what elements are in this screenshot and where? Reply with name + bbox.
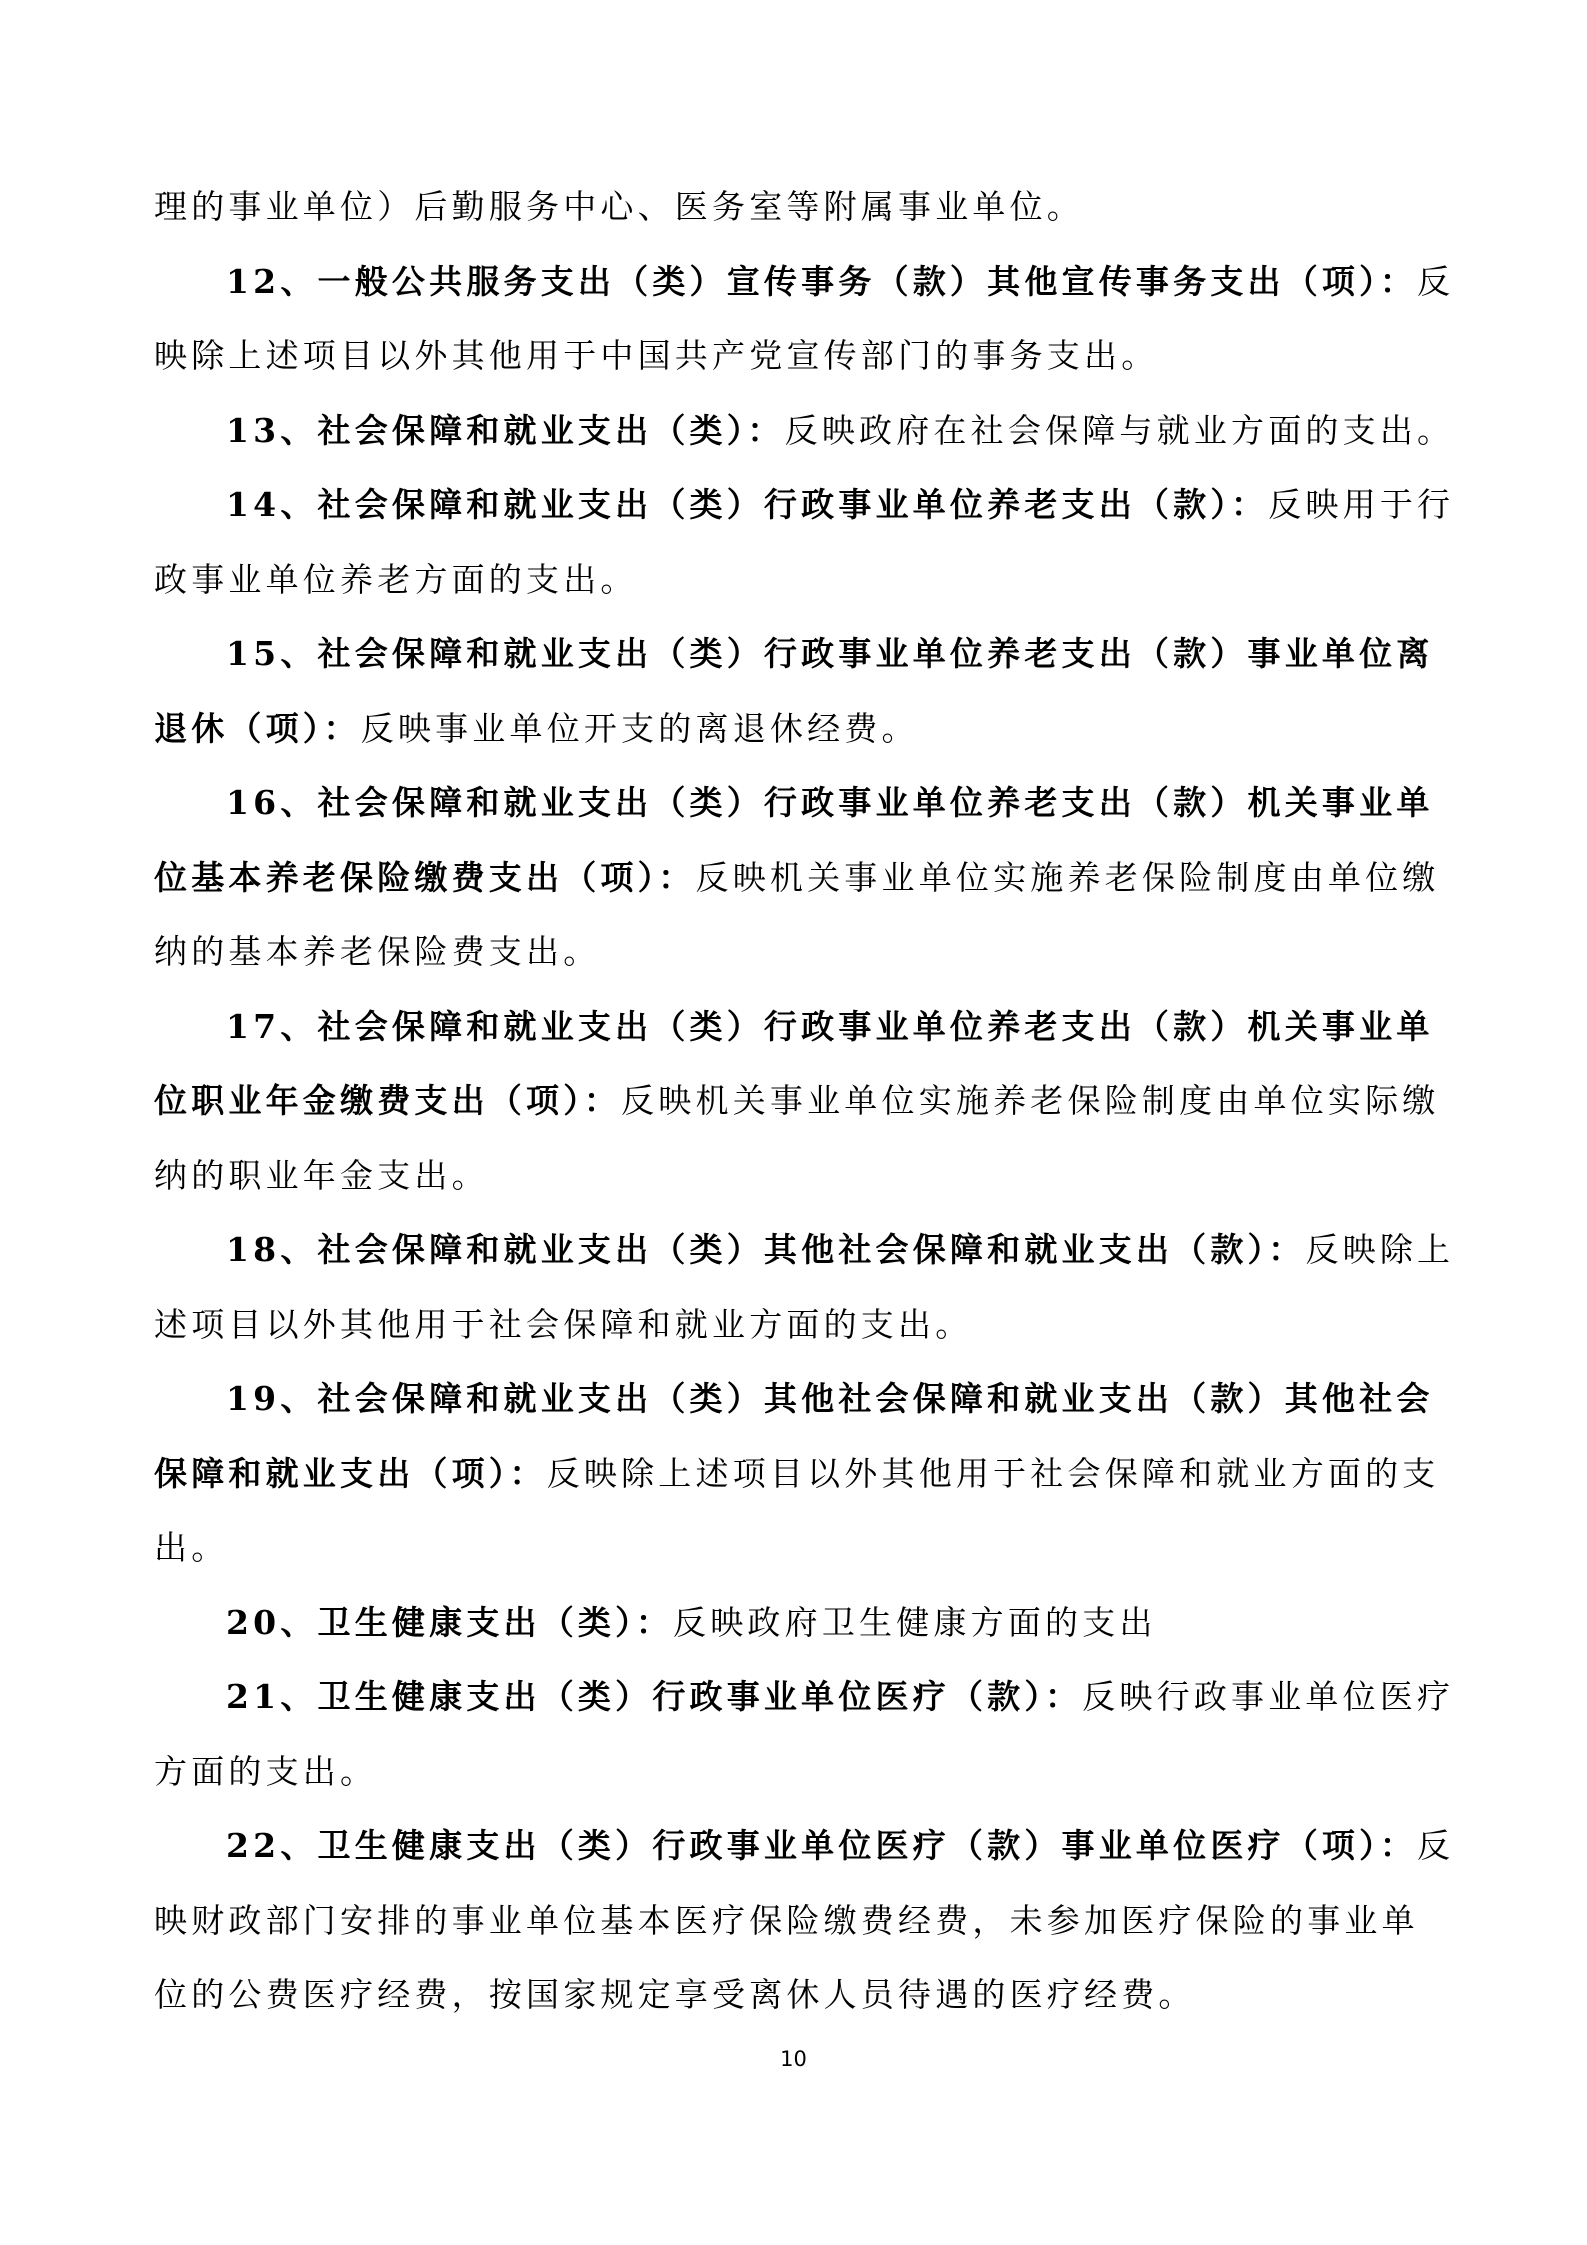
item-description: 反映除上	[1305, 1230, 1454, 1269]
item-heading: 20、卫生健康支出（类）：	[226, 1603, 673, 1642]
item-description: 反映政府卫生健康方面的支出	[673, 1603, 1157, 1642]
text-line: 出。	[154, 1511, 1440, 1586]
text-line: 位的公费医疗经费，按国家规定享受离休人员待遇的医疗经费。	[154, 1958, 1440, 2033]
item-heading: 15、社会保障和就业支出（类）行政事业单位养老支出（款）事业单位离	[226, 634, 1434, 673]
page-number: 10	[0, 2047, 1587, 2071]
item-description: 位的公费医疗经费，按国家规定享受离休人员待遇的医疗经费。	[154, 1975, 1196, 2014]
text-line-item-12: 12、一般公共服务支出（类）宣传事务（款）其他宣传事务支出（项）：反	[154, 245, 1440, 320]
item-description: 述项目以外其他用于社会保障和就业方面的支出。	[154, 1305, 972, 1344]
text-line: 方面的支出。	[154, 1735, 1440, 1810]
item-description: 理的事业单位）后勤服务中心、医务室等附属事业单位。	[154, 187, 1084, 226]
text-line: 位基本养老保险缴费支出（项）：反映机关事业单位实施养老保险制度由单位缴	[154, 841, 1440, 916]
item-description: 出。	[154, 1528, 228, 1567]
item-heading: 位职业年金缴费支出（项）：	[154, 1081, 621, 1120]
text-line: 纳的职业年金支出。	[154, 1139, 1440, 1214]
item-heading: 17、社会保障和就业支出（类）行政事业单位养老支出（款）机关事业单	[226, 1007, 1434, 1046]
item-heading: 21、卫生健康支出（类）行政事业单位医疗（款）：	[226, 1677, 1082, 1716]
item-heading: 18、社会保障和就业支出（类）其他社会保障和就业支出（款）：	[226, 1230, 1305, 1269]
item-description: 映财政部门安排的事业单位基本医疗保险缴费经费，未参加医疗保险的事业单	[154, 1901, 1419, 1940]
item-description: 反	[1417, 1826, 1454, 1865]
text-line: 映除上述项目以外其他用于中国共产党宣传部门的事务支出。	[154, 319, 1440, 394]
text-line: 保障和就业支出（项）：反映除上述项目以外其他用于社会保障和就业方面的支	[154, 1437, 1440, 1512]
item-description: 政事业单位养老方面的支出。	[154, 560, 638, 599]
item-description: 反映机关事业单位实施养老保险制度由单位实际缴	[621, 1081, 1439, 1120]
text-line-item-20: 20、卫生健康支出（类）：反映政府卫生健康方面的支出	[154, 1586, 1440, 1661]
document-body: 理的事业单位）后勤服务中心、医务室等附属事业单位。 12、一般公共服务支出（类）…	[154, 170, 1440, 2033]
item-description: 映除上述项目以外其他用于中国共产党宣传部门的事务支出。	[154, 336, 1158, 375]
item-heading: 13、社会保障和就业支出（类）：	[226, 411, 785, 450]
item-heading: 退休（项）：	[154, 709, 361, 748]
document-page: 理的事业单位）后勤服务中心、医务室等附属事业单位。 12、一般公共服务支出（类）…	[0, 0, 1587, 2245]
text-line: 退休（项）：反映事业单位开支的离退休经费。	[154, 692, 1440, 767]
item-heading: 22、卫生健康支出（类）行政事业单位医疗（款）事业单位医疗（项）：	[226, 1826, 1417, 1865]
text-line: 理的事业单位）后勤服务中心、医务室等附属事业单位。	[154, 170, 1440, 245]
text-line: 映财政部门安排的事业单位基本医疗保险缴费经费，未参加医疗保险的事业单	[154, 1884, 1440, 1959]
text-line-item-17: 17、社会保障和就业支出（类）行政事业单位养老支出（款）机关事业单	[154, 990, 1440, 1065]
item-heading: 保障和就业支出（项）：	[154, 1454, 547, 1493]
text-line-item-13: 13、社会保障和就业支出（类）：反映政府在社会保障与就业方面的支出。	[154, 394, 1440, 469]
item-description: 纳的基本养老保险费支出。	[154, 932, 600, 971]
item-description: 反	[1417, 262, 1454, 301]
text-line-item-16: 16、社会保障和就业支出（类）行政事业单位养老支出（款）机关事业单	[154, 766, 1440, 841]
item-description: 反映政府在社会保障与就业方面的支出。	[785, 411, 1455, 450]
item-description: 纳的职业年金支出。	[154, 1156, 489, 1195]
item-heading: 14、社会保障和就业支出（类）行政事业单位养老支出（款）：	[226, 485, 1268, 524]
text-line: 纳的基本养老保险费支出。	[154, 915, 1440, 990]
text-line-item-14: 14、社会保障和就业支出（类）行政事业单位养老支出（款）：反映用于行	[154, 468, 1440, 543]
text-line-item-15: 15、社会保障和就业支出（类）行政事业单位养老支出（款）事业单位离	[154, 617, 1440, 692]
item-heading: 16、社会保障和就业支出（类）行政事业单位养老支出（款）机关事业单	[226, 783, 1434, 822]
item-description: 反映用于行	[1268, 485, 1454, 524]
item-heading: 位基本养老保险缴费支出（项）：	[154, 858, 696, 897]
text-line: 政事业单位养老方面的支出。	[154, 543, 1440, 618]
item-description: 方面的支出。	[154, 1752, 377, 1791]
item-heading: 12、一般公共服务支出（类）宣传事务（款）其他宣传事务支出（项）：	[226, 262, 1417, 301]
text-line-item-22: 22、卫生健康支出（类）行政事业单位医疗（款）事业单位医疗（项）：反	[154, 1809, 1440, 1884]
text-line: 述项目以外其他用于社会保障和就业方面的支出。	[154, 1288, 1440, 1363]
text-line-item-19: 19、社会保障和就业支出（类）其他社会保障和就业支出（款）其他社会	[154, 1362, 1440, 1437]
item-heading: 19、社会保障和就业支出（类）其他社会保障和就业支出（款）其他社会	[226, 1379, 1434, 1418]
item-description: 反映机关事业单位实施养老保险制度由单位缴	[696, 858, 1440, 897]
item-description: 反映事业单位开支的离退休经费。	[361, 709, 919, 748]
item-description: 反映行政事业单位医疗	[1082, 1677, 1454, 1716]
text-line: 位职业年金缴费支出（项）：反映机关事业单位实施养老保险制度由单位实际缴	[154, 1064, 1440, 1139]
text-line-item-21: 21、卫生健康支出（类）行政事业单位医疗（款）：反映行政事业单位医疗	[154, 1660, 1440, 1735]
text-line-item-18: 18、社会保障和就业支出（类）其他社会保障和就业支出（款）：反映除上	[154, 1213, 1440, 1288]
item-description: 反映除上述项目以外其他用于社会保障和就业方面的支	[547, 1454, 1440, 1493]
